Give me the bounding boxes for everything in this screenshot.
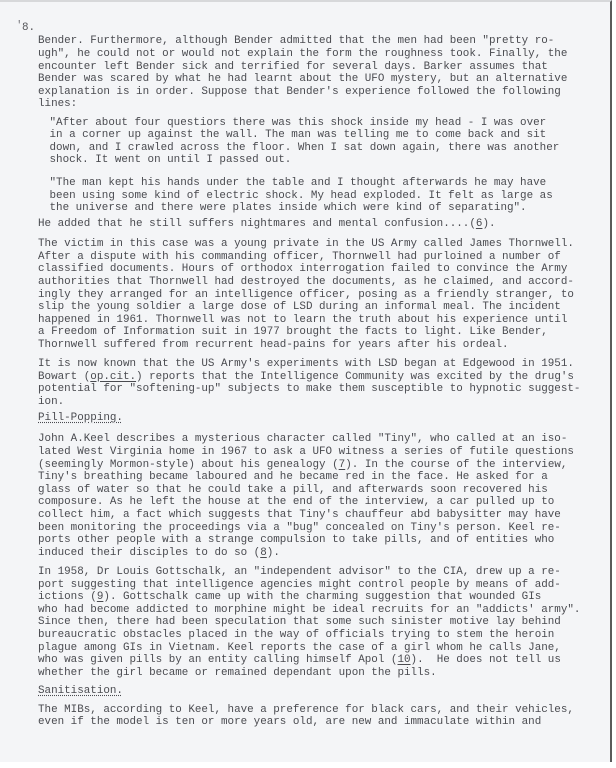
text-line: been monitoring the proceedings via a "b… bbox=[38, 522, 561, 534]
text-line: composure. As he left the house at the e… bbox=[38, 496, 554, 508]
section-heading: Pill-Popping. bbox=[38, 412, 123, 424]
text-line: bureaucratic obstacles placed in the way… bbox=[38, 629, 554, 641]
text-line: ports other people with a strange compul… bbox=[38, 534, 554, 546]
page-bottom-edge bbox=[0, 762, 616, 768]
reference-number: 8 bbox=[260, 547, 267, 559]
text-line: port suggesting that intelligence agenci… bbox=[38, 579, 561, 591]
text-line: a Freedom of Information suit in 1977 br… bbox=[38, 326, 548, 338]
quote-line: down, and I crawled across the floor. Wh… bbox=[50, 142, 560, 154]
text-line: collect him, a fact which suggests that … bbox=[38, 509, 561, 521]
text-line: encounter left Bender sick and terrified… bbox=[38, 61, 548, 73]
text-line: ictions (9). Gottschalk came up with the… bbox=[38, 591, 541, 603]
quote-line: the universe and there were plates insid… bbox=[50, 202, 527, 214]
text-line: lated West Virginia home in 1967 to ask … bbox=[38, 446, 574, 458]
typewritten-page: 8. ' Bender. Furthermore, although Bende… bbox=[0, 0, 612, 762]
text-line: ugh", he could not or would not explain … bbox=[38, 48, 567, 60]
text-line: plague among GIs in Vietnam. Keel report… bbox=[38, 642, 561, 654]
margin-mark: ' bbox=[16, 20, 23, 32]
text-line: ion. bbox=[38, 396, 64, 408]
text-line: Thornwell suffered from recurrent head-p… bbox=[38, 339, 509, 351]
text-line: induced their disciples to do so (8). bbox=[38, 547, 280, 559]
reference-number: 6 bbox=[476, 218, 483, 230]
text-line: even if the model is ten or more years o… bbox=[38, 716, 541, 728]
reference-number: 10 bbox=[397, 654, 410, 666]
text-line: After a dispute with his commanding offi… bbox=[38, 251, 561, 263]
reference-number: 9 bbox=[97, 591, 104, 603]
text-line: It is now known that the US Army's exper… bbox=[38, 358, 574, 370]
text-line: In 1958, Dr Louis Gottschalk, an "indepe… bbox=[38, 566, 561, 578]
text-line: Bender was scared by what he had learnt … bbox=[38, 73, 567, 85]
text-line: explanation is in order. Suppose that Be… bbox=[38, 86, 561, 98]
text-line: Tiny's breathing became laboured and he … bbox=[38, 471, 548, 483]
text-line: Bowart (op.cit.) reports that the Intell… bbox=[38, 371, 574, 383]
text-line: He added that he still suffers nightmare… bbox=[38, 218, 496, 230]
text-line: The victim in this case was a young priv… bbox=[38, 238, 574, 250]
text-line: The MIBs, according to Keel, have a pref… bbox=[38, 704, 574, 716]
quote-line: been using some kind of electric shock. … bbox=[50, 190, 553, 202]
text-line: who had become addicted to morphine migh… bbox=[38, 604, 580, 616]
text-line: whether the girl became or remained depe… bbox=[38, 667, 437, 679]
quote-line: in a corner up against the wall. The man… bbox=[50, 129, 547, 141]
text-line: classified documents. Hours of orthodox … bbox=[38, 263, 567, 275]
text-line: Bender. Furthermore, although Bender adm… bbox=[38, 35, 554, 47]
quote-line: "After about four questiors there was th… bbox=[50, 117, 547, 129]
text-line: Since then, there had been speculation t… bbox=[38, 616, 561, 628]
citation-abbrev: op.cit. bbox=[90, 371, 136, 383]
reference-number: 7 bbox=[339, 459, 346, 471]
text-line: glass of water so that he could take a p… bbox=[38, 484, 548, 496]
section-heading: Sanitisation. bbox=[38, 685, 123, 697]
text-line: ingly they arranged for an intelligence … bbox=[38, 289, 574, 301]
text-line: slip the young soldier a large dose of L… bbox=[38, 301, 561, 313]
text-line: authorities that Thornwell had destroyed… bbox=[38, 276, 574, 288]
text-line: potential for "softening-up" subjects to… bbox=[38, 383, 580, 395]
text-line: who was given pills by an entity calling… bbox=[38, 654, 561, 666]
quote-line: shock. It went on until I passed out. bbox=[50, 154, 292, 166]
text-line: (seemingly Mormon-style) about his genea… bbox=[38, 459, 567, 471]
text-line: happened in 1961. Thornwell was not to l… bbox=[38, 314, 567, 326]
text-line: John A.Keel describes a mysterious chara… bbox=[38, 433, 567, 445]
quote-line: "The man kept his hands under the table … bbox=[50, 177, 547, 189]
text-line: lines: bbox=[38, 98, 77, 110]
page-number: 8. bbox=[22, 22, 35, 34]
